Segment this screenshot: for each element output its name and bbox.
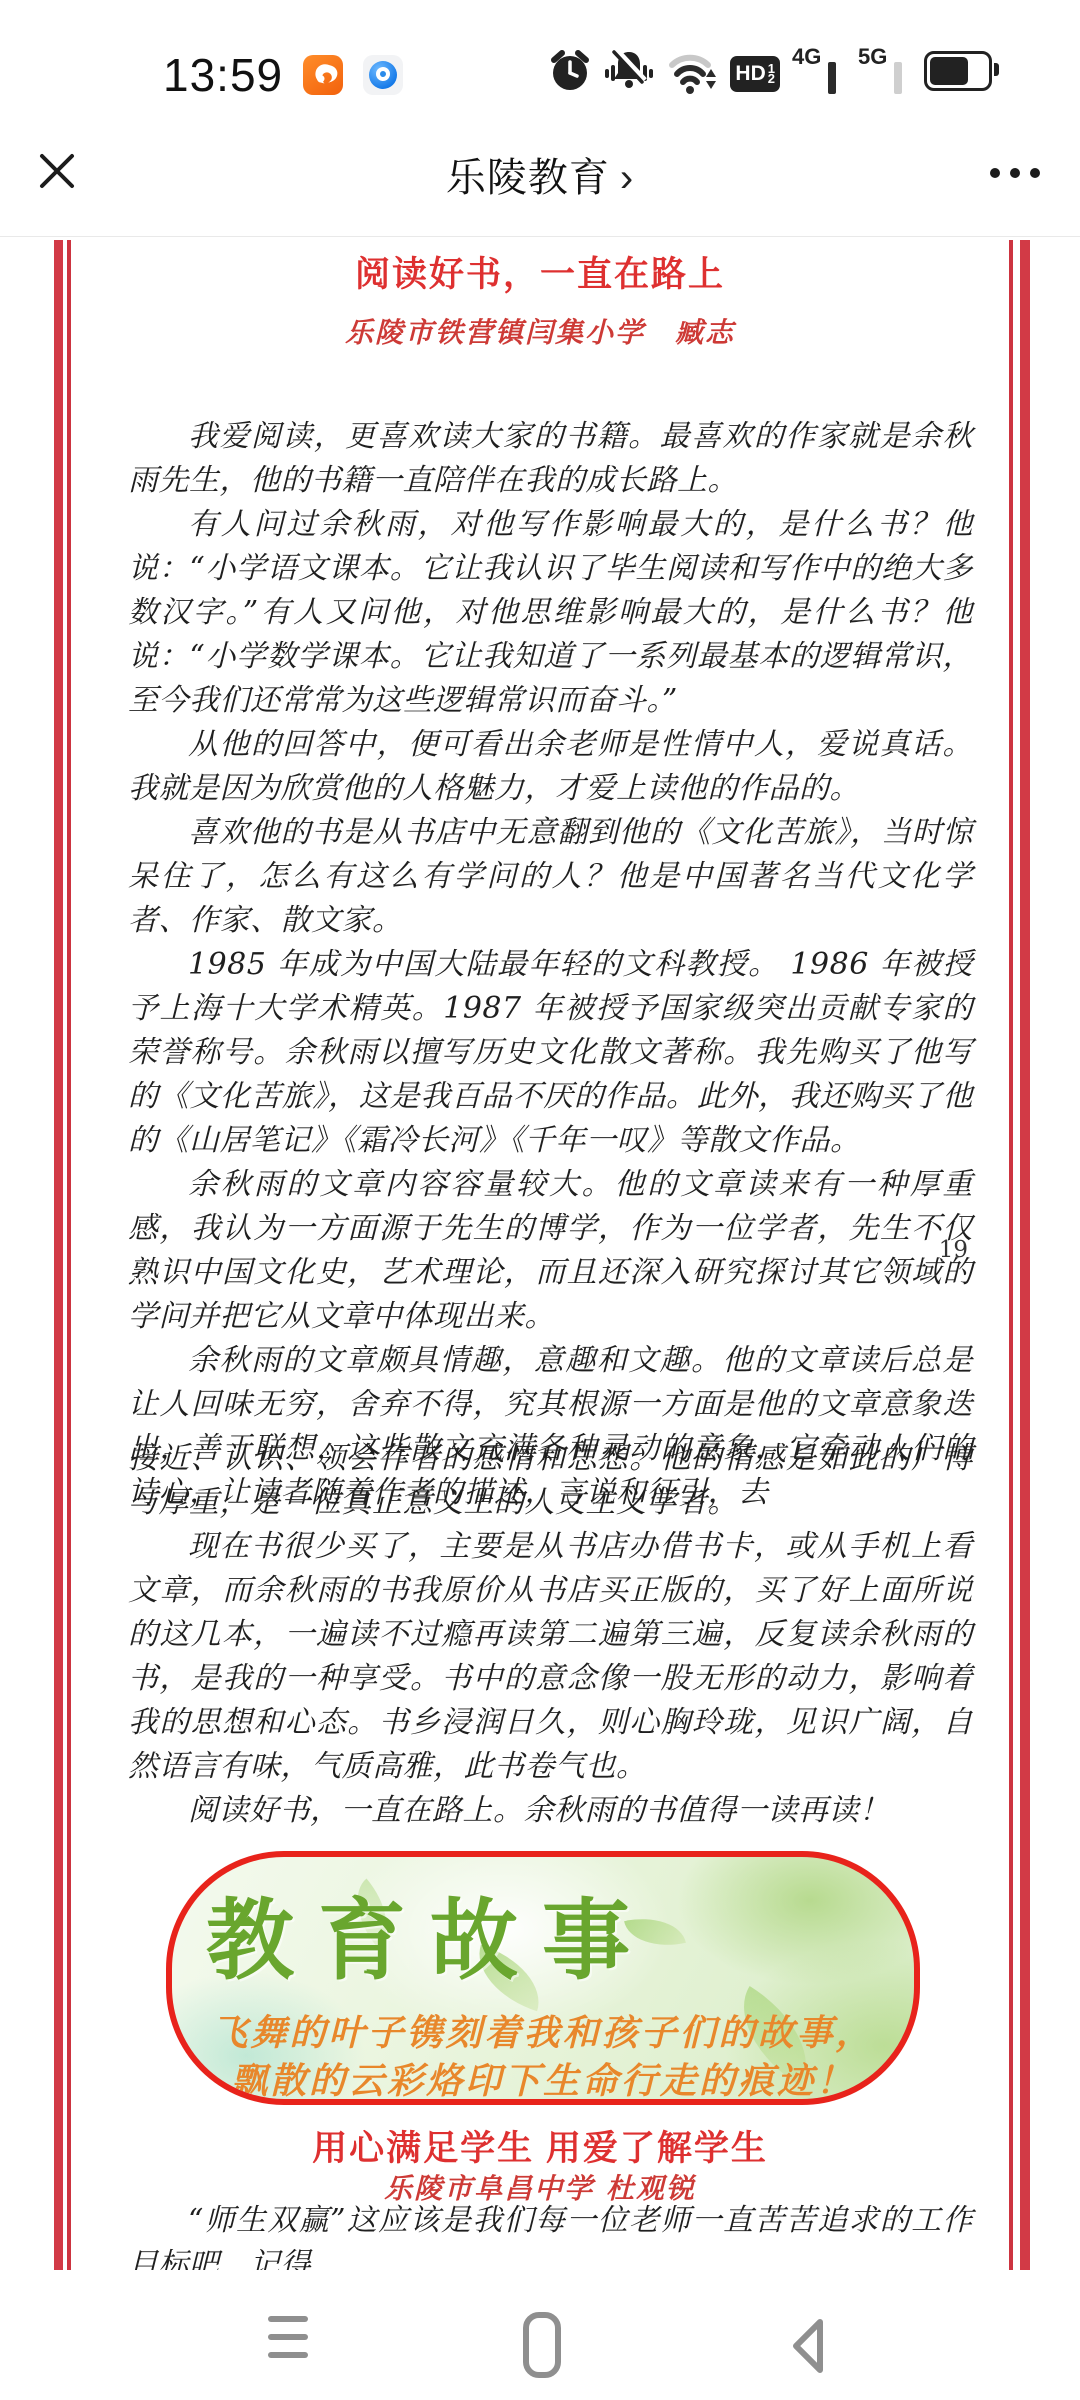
alarm-icon <box>548 48 592 94</box>
wifi-icon <box>666 48 718 94</box>
article1-title: 阅读好书，一直在路上 <box>70 247 1010 297</box>
article1-body-page1: 我爱阅读，更喜欢读大家的书籍。最喜欢的作家就是余秋雨先生，他的书籍一直陪伴在我的… <box>128 415 973 1515</box>
blue-browser-icon <box>363 55 403 95</box>
page-border-right-thick <box>1020 240 1030 2270</box>
paragraph: 余秋雨的文章内容容量较大。他的文章读来有一种厚重感，我认为一方面源于先生的博学，… <box>128 1163 973 1339</box>
paragraph: 喜欢他的书是从书店中无意翻到他的《文化苦旅》，当时惊呆住了，怎么有这么有学问的人… <box>128 811 973 943</box>
banner-caption-line2: 飘散的云彩烙印下生命行走的痕迹！ <box>172 2053 914 2104</box>
banner-caption-line1: 飞舞的叶子镌刻着我和孩子们的故事， <box>172 2005 914 2056</box>
phone-screen: 13:59 <box>0 0 1080 2400</box>
android-navigation-bar <box>0 2290 1080 2400</box>
page-number: 19 <box>939 1237 968 1263</box>
banner-title: 教育故事 <box>206 1871 654 1997</box>
paragraph: “师生双赢”这应该是我们每一位老师一直苦苦追求的工作目标吧，记得 <box>128 2199 973 2270</box>
battery-icon <box>924 51 992 91</box>
chevron-right-icon: › <box>620 156 634 200</box>
uc-browser-icon <box>303 55 343 95</box>
page-border-right-thin <box>1009 240 1013 2270</box>
paragraph: 阅读好书，一直在路上。余秋雨的书值得一读再读！ <box>128 1789 973 1833</box>
paragraph: 从他的回答中，便可看出余老师是性情中人，爱说真话。我就是因为欣赏他的人格魅力，才… <box>128 723 973 811</box>
status-bar: 13:59 <box>0 0 1080 110</box>
paragraph: 有人问过余秋雨，对他写作影响最大的，是什么书？他说：“小学语文课本。它让我认识了… <box>128 503 973 723</box>
signal-5g-icon: 5G <box>858 46 912 94</box>
status-left: 13:59 <box>163 48 403 102</box>
status-right: HD 1 2 4G 5G <box>548 46 992 94</box>
section-banner-image: 教育故事 飞舞的叶子镌刻着我和孩子们的故事， 飘散的云彩烙印下生命行走的痕迹！ <box>166 1851 920 2105</box>
recents-menu-icon[interactable] <box>268 2316 308 2364</box>
paragraph: 我爱阅读，更喜欢读大家的书籍。最喜欢的作家就是余秋雨先生，他的书籍一直陪伴在我的… <box>128 415 973 503</box>
paragraph: 1985 年成为中国大陆最年轻的文科教授。 1986 年被授予上海十大学术精英。… <box>128 943 973 1163</box>
document-view[interactable]: 阅读好书，一直在路上 乐陵市铁营镇闫集小学 臧志 我爱阅读，更喜欢读大家的书籍。… <box>0 237 1080 2270</box>
page-border-left-thin <box>67 240 71 2270</box>
paragraph: 现在书很少买了，主要是从书店办借书卡，或从手机上看文章，而余秋雨的书我原价从书店… <box>128 1525 973 1789</box>
article2-title: 用心满足学生 用爱了解学生 <box>70 2121 1010 2171</box>
clock-time: 13:59 <box>163 48 283 102</box>
hd-volte-icon: HD 1 2 <box>730 56 780 92</box>
more-menu-icon[interactable] <box>990 168 1040 178</box>
signal-4g-icon: 4G <box>792 46 846 94</box>
article2-body: “师生双赢”这应该是我们每一位老师一直苦苦追求的工作目标吧，记得 本书中有这样的… <box>128 2199 973 2270</box>
page-border-left-thick <box>54 240 63 2270</box>
article1-body-page2: 接近、认识、领会作者的感情和思想。他的情感是如此的广博与厚重，是一位真正意义上的… <box>128 1437 973 1833</box>
page-title[interactable]: 乐陵教育› <box>0 146 1080 203</box>
mute-vibrate-icon <box>604 48 654 94</box>
paragraph: 接近、认识、领会作者的感情和思想。他的情感是如此的广博与厚重，是一位真正意义上的… <box>128 1437 973 1525</box>
back-icon[interactable] <box>788 2314 828 2378</box>
nav-bar: 乐陵教育› <box>0 110 1080 236</box>
home-icon[interactable] <box>523 2312 561 2378</box>
article1-author: 乐陵市铁营镇闫集小学 臧志 <box>70 311 1010 351</box>
